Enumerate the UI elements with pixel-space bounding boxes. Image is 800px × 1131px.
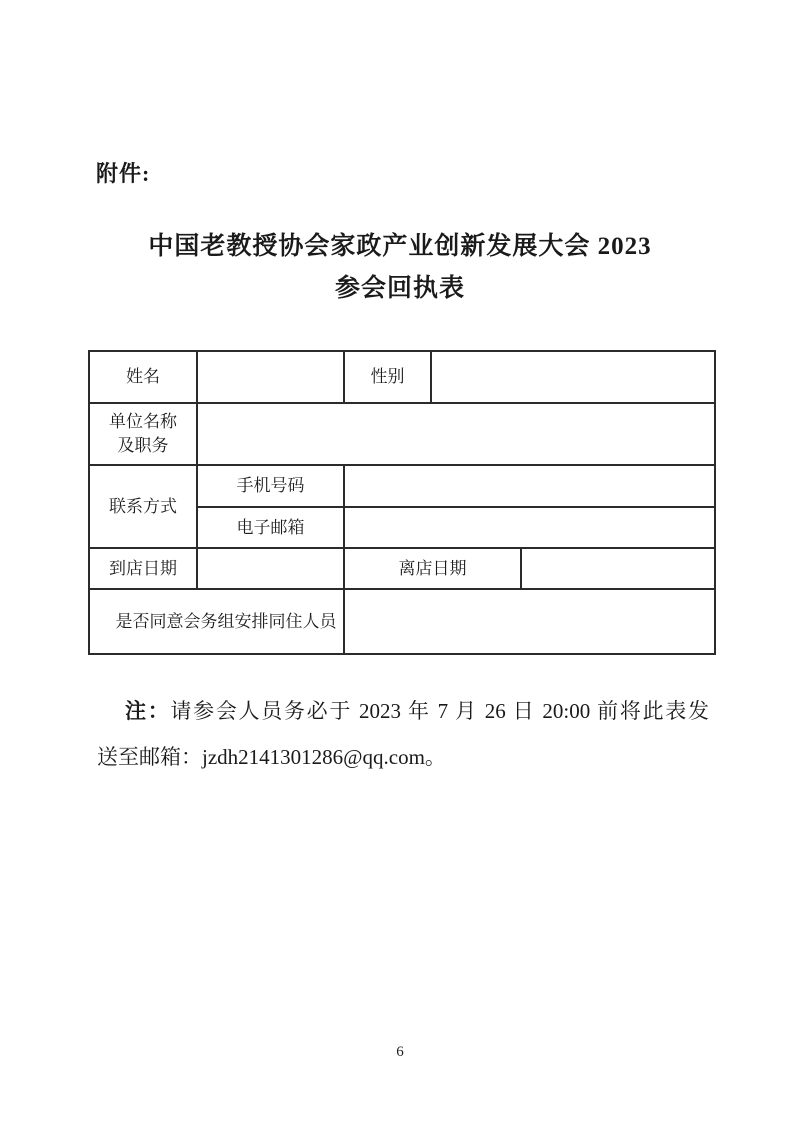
attachment-label: 附件: <box>96 158 150 190</box>
org-value-cell <box>197 403 715 465</box>
note-block: 注：请参会人员务必于 2023 年 7 月 26 日 20:00 前将此表发 送… <box>97 688 709 780</box>
registration-form-table: 姓名 性别 单位名称 及职务 联系方式 手机号码 电子邮箱 <box>88 350 716 655</box>
name-value-cell <box>197 351 344 403</box>
contact-label-cell: 联系方式 <box>89 465 197 548</box>
phone-label-cell: 手机号码 <box>197 465 344 507</box>
roommate-label-cell: 是否同意会务组安排同住人员 <box>89 589 344 654</box>
org-label-cell: 单位名称 及职务 <box>89 403 197 465</box>
org-label-line1: 单位名称 <box>109 412 177 431</box>
org-label-line2: 及职务 <box>118 436 169 455</box>
arrival-value-cell <box>197 548 344 589</box>
table-row-phone: 联系方式 手机号码 <box>89 465 715 507</box>
document-title-line2: 参会回执表 <box>0 272 800 306</box>
document-title-line1: 中国老教授协会家政产业创新发展大会 2023 <box>0 230 800 264</box>
email-label-cell: 电子邮箱 <box>197 507 344 548</box>
email-value-cell <box>344 507 715 548</box>
note-line1-text: 请参会人员务必于 2023 年 7 月 26 日 20:00 前将此表发 <box>170 699 709 723</box>
roommate-value-cell <box>344 589 715 654</box>
note-line1: 注：请参会人员务必于 2023 年 7 月 26 日 20:00 前将此表发 <box>97 688 709 734</box>
note-label: 注： <box>125 699 170 723</box>
name-label-cell: 姓名 <box>89 351 197 403</box>
departure-label-cell: 离店日期 <box>344 548 521 589</box>
arrival-label-cell: 到店日期 <box>89 548 197 589</box>
document-page: 附件: 中国老教授协会家政产业创新发展大会 2023 参会回执表 姓名 性别 单… <box>0 0 800 1131</box>
phone-value-cell <box>344 465 715 507</box>
gender-label-cell: 性别 <box>344 351 431 403</box>
table-row-dates: 到店日期 离店日期 <box>89 548 715 589</box>
gender-value-cell <box>431 351 715 403</box>
table-row-organization: 单位名称 及职务 <box>89 403 715 465</box>
note-line2: 送至邮箱：jzdh2141301286@qq.com。 <box>97 734 709 780</box>
departure-value-cell <box>521 548 715 589</box>
table-row-roommate: 是否同意会务组安排同住人员 <box>89 589 715 654</box>
page-number: 6 <box>0 1044 800 1061</box>
table-row-name-gender: 姓名 性别 <box>89 351 715 403</box>
